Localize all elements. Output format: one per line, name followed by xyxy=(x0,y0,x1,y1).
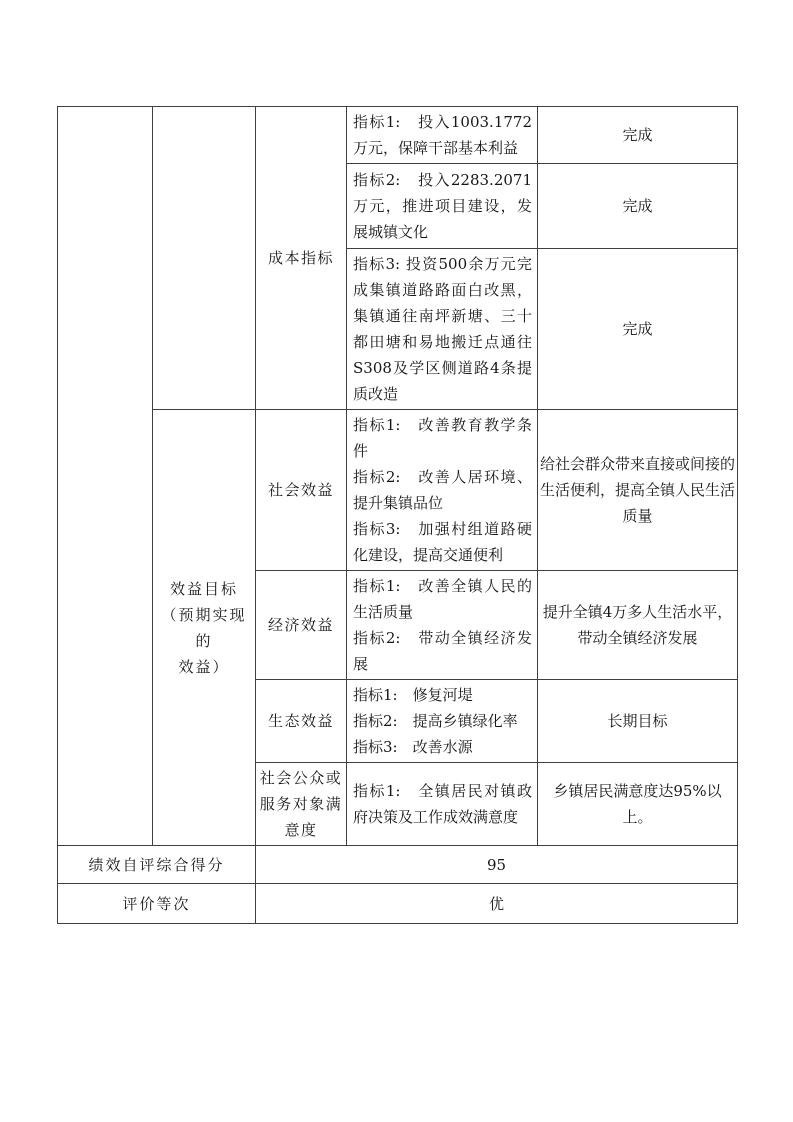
category-cost-indicators: 成本指标 xyxy=(256,107,347,410)
cost-result-1-cell: 完成 xyxy=(538,107,738,164)
ecological-benefit-result-cell: 长期目标 xyxy=(538,680,738,763)
indicator-text: 指标1: 修复河堤 xyxy=(353,682,532,708)
table-row: 效益目标 （预期实现的 效益） 社会效益 指标1: 改善教育教学条件 指标2: … xyxy=(58,410,738,571)
indicator-text: 指标2: 投入2283.2071万元，推进项目建设，发展城镇文化 xyxy=(353,167,532,245)
indicator-text: 指标3: 投资500余万元完成集镇道路路面白改黑，集镇通往南坪新塘、三十都田塘和… xyxy=(353,251,532,407)
table-row: 成本指标 指标1: 投入1003.1772万元，保障干部基本利益 完成 xyxy=(58,107,738,164)
left-margin-cell xyxy=(58,107,153,846)
document-page: 成本指标 指标1: 投入1003.1772万元，保障干部基本利益 完成 指标2:… xyxy=(0,0,793,1122)
performance-self-evaluation-table: 成本指标 指标1: 投入1003.1772万元，保障干部基本利益 完成 指标2:… xyxy=(57,106,738,924)
benefit-goal-group-cell: 效益目标 （预期实现的 效益） xyxy=(153,410,256,846)
indicator-text: 指标2: 提高乡镇绿化率 xyxy=(353,708,532,734)
economic-benefit-indicators-cell: 指标1: 改善全镇人民的生活质量 指标2: 带动全镇经济发展 xyxy=(347,571,538,680)
cost-result-2-cell: 完成 xyxy=(538,164,738,249)
indicator-text: 指标1: 改善教育教学条件 xyxy=(353,412,532,464)
goal-group-empty-cell xyxy=(153,107,256,410)
indicator-text: 指标2: 改善人居环境、提升集镇品位 xyxy=(353,464,532,516)
table-row: 绩效自评综合得分 95 xyxy=(58,846,738,884)
category-public-satisfaction: 社会公众或服务对象满意度 xyxy=(256,763,347,846)
table-row: 评价等次 优 xyxy=(58,884,738,924)
composite-score-label: 绩效自评综合得分 xyxy=(58,846,256,884)
category-economic-benefit: 经济效益 xyxy=(256,571,347,680)
cost-indicator-1-cell: 指标1: 投入1003.1772万元，保障干部基本利益 xyxy=(347,107,538,164)
group-label-line: 效益） xyxy=(157,654,251,680)
satisfaction-indicators-cell: 指标1: 全镇居民对镇政府决策及工作成效满意度 xyxy=(347,763,538,846)
satisfaction-result-cell: 乡镇居民满意度达95%以上。 xyxy=(538,763,738,846)
composite-score-value: 95 xyxy=(256,846,738,884)
category-ecological-benefit: 生态效益 xyxy=(256,680,347,763)
indicator-text: 指标3: 改善水源 xyxy=(353,734,532,760)
social-benefit-result-cell: 给社会群众带来直接或间接的生活便利，提高全镇人民生活质量 xyxy=(538,410,738,571)
group-label-line: （预期实现的 xyxy=(157,602,251,654)
indicator-text: 指标2: 带动全镇经济发展 xyxy=(353,625,532,677)
indicator-text: 指标1: 投入1003.1772万元，保障干部基本利益 xyxy=(353,109,532,161)
evaluation-grade-label: 评价等次 xyxy=(58,884,256,924)
indicator-text: 指标1: 全镇居民对镇政府决策及工作成效满意度 xyxy=(353,778,532,830)
cost-result-3-cell: 完成 xyxy=(538,249,738,410)
social-benefit-indicators-cell: 指标1: 改善教育教学条件 指标2: 改善人居环境、提升集镇品位 指标3: 加强… xyxy=(347,410,538,571)
evaluation-grade-value: 优 xyxy=(256,884,738,924)
category-social-benefit: 社会效益 xyxy=(256,410,347,571)
indicator-text: 指标1: 改善全镇人民的生活质量 xyxy=(353,573,532,625)
group-label-line: 效益目标 xyxy=(157,576,251,602)
cost-indicator-2-cell: 指标2: 投入2283.2071万元，推进项目建设，发展城镇文化 xyxy=(347,164,538,249)
ecological-benefit-indicators-cell: 指标1: 修复河堤 指标2: 提高乡镇绿化率 指标3: 改善水源 xyxy=(347,680,538,763)
economic-benefit-result-cell: 提升全镇4万多人生活水平，带动全镇经济发展 xyxy=(538,571,738,680)
cost-indicator-3-cell: 指标3: 投资500余万元完成集镇道路路面白改黑，集镇通往南坪新塘、三十都田塘和… xyxy=(347,249,538,410)
indicator-text: 指标3: 加强村组道路硬化建设，提高交通便利 xyxy=(353,516,532,568)
